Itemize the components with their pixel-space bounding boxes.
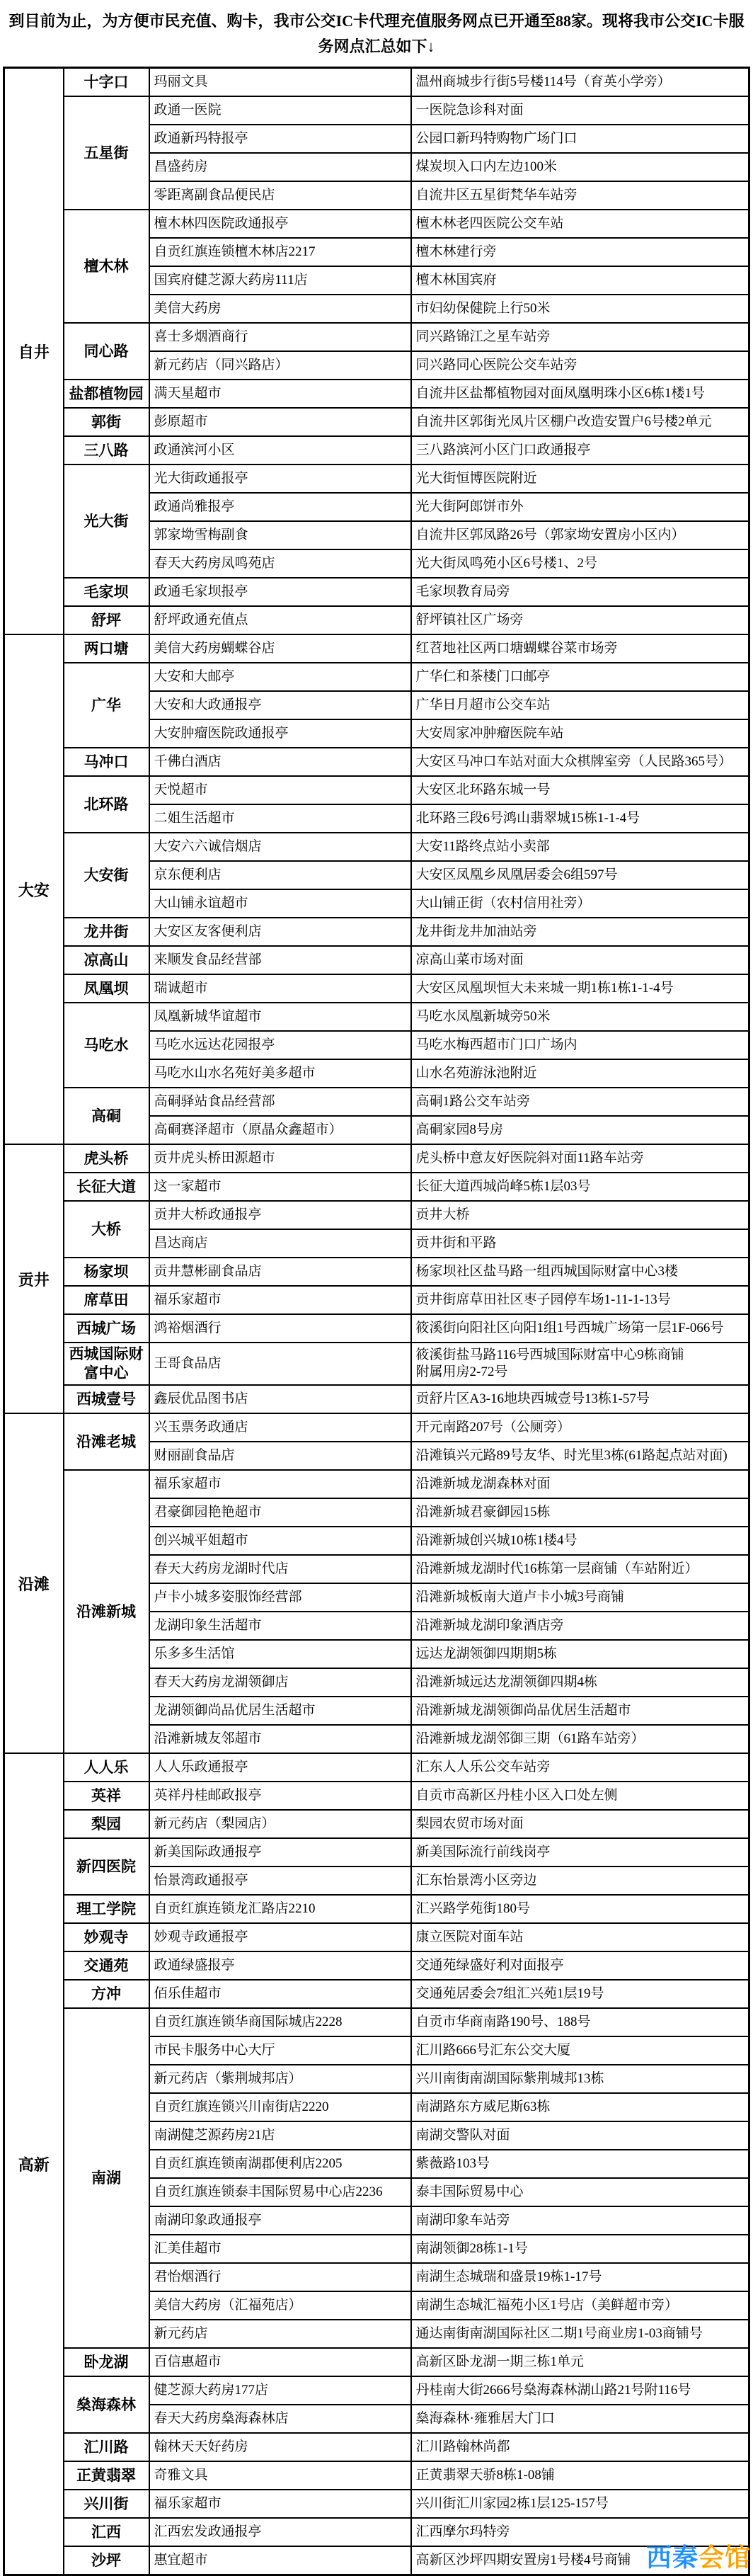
- address-cell: 马吃水梅西超市门口广场内: [411, 1031, 749, 1059]
- area-cell: 舒坪: [64, 606, 149, 634]
- shop-cell: 怡景湾政通报亭: [149, 1867, 411, 1895]
- shop-cell: 春天大药房燊海森林店: [149, 2405, 411, 2433]
- table-row: 西城国际财富中心王哥食品店筱溪街盐马路116号西城国际财富中心9栋商铺 附属用房…: [4, 1343, 749, 1385]
- address-cell: 一医院急诊科对面: [411, 96, 749, 125]
- address-cell: 光大街凤鸣苑小区6号楼1、2号: [411, 549, 749, 578]
- shop-cell: 翰林天天好药房: [149, 2433, 411, 2461]
- address-cell: 高硐家园8号房: [411, 1116, 749, 1144]
- area-cell: 新四医院: [64, 1838, 149, 1895]
- area-cell: 大桥: [64, 1201, 149, 1258]
- table-row: 沿滩新城福乐家超市沿滩新城龙湖森林对面: [4, 1470, 749, 1498]
- table-row: 自井十字口玛丽文具温州商城步行街5号楼114号（育英小学旁）: [4, 68, 749, 97]
- shop-cell: 自贡红旗连锁檀木林店2217: [149, 238, 411, 266]
- area-cell: 马吃水: [64, 1003, 149, 1088]
- shop-cell: 彭原超市: [149, 408, 411, 436]
- table-row: 五星街政通一医院一医院急诊科对面: [4, 96, 749, 125]
- district-cell: 沿滩: [4, 1413, 64, 1753]
- address-cell: 南湖生态城汇福苑小区1号店（美鲜超市旁）: [411, 2291, 749, 2320]
- table-row: 马冲口千佛白酒店大安区马冲口车站对面大众棋牌室旁（人民路365号）: [4, 748, 749, 776]
- address-cell: 汇西摩尔玛特旁: [411, 2518, 749, 2546]
- shop-cell: 京东便利店: [149, 861, 411, 889]
- watermark-blue-text: 西秦: [646, 2543, 699, 2572]
- shop-cell: 高硐驿站食品经营部: [149, 1088, 411, 1116]
- shop-cell: 昌达商店: [149, 1229, 411, 1258]
- area-cell: 西城壹号: [64, 1385, 149, 1413]
- address-cell: 凉高山菜市场对面: [411, 946, 749, 974]
- table-row: 大桥贡井大桥政通报亭贡井大桥: [4, 1201, 749, 1229]
- address-cell: 檀木林老四医院公交车站: [411, 210, 749, 238]
- area-cell: 南湖: [64, 2008, 149, 2348]
- address-cell: 远达龙湖领御四期期5栋: [411, 1640, 749, 1668]
- address-cell: 燊海森林·雍雅居大门口: [411, 2405, 749, 2433]
- address-cell: 沿滩新城龙湖邻御三期（61路车站旁）: [411, 1725, 749, 1753]
- area-cell: 虎头桥: [64, 1144, 149, 1173]
- table-row: 燊海森林健芝源大药房177店丹桂南大街2666号燊海森林湖山路21号附116号: [4, 2376, 749, 2405]
- area-cell: 燊海森林: [64, 2376, 149, 2433]
- address-cell: 长征大道西城尚峰5栋1层03号: [411, 1173, 749, 1201]
- address-cell: 马吃水凤凰新城旁50米: [411, 1003, 749, 1031]
- shop-cell: 高硐赛泽超市（原晶众鑫超市）: [149, 1116, 411, 1144]
- area-cell: 理工学院: [64, 1895, 149, 1923]
- table-row: 高新人人乐人人乐政通报亭汇东人人乐公交车站旁: [4, 1753, 749, 1782]
- shop-cell: 乐多多生活馆: [149, 1640, 411, 1668]
- address-cell: 三八路滨河小区门口政通报亭: [411, 436, 749, 465]
- area-cell: 沿滩老城: [64, 1413, 149, 1470]
- address-cell: 舒坪镇社区广场旁: [411, 606, 749, 634]
- address-cell: 兴川街汇川家园2栋1层125-157号: [411, 2490, 749, 2518]
- shop-cell: 贡井虎头桥田源超市: [149, 1144, 411, 1173]
- address-cell: 南湖领御28栋1-1号: [411, 2235, 749, 2263]
- table-row: 马吃水凤凰新城华谊超市马吃水凤凰新城旁50米: [4, 1003, 749, 1031]
- shop-cell: 王哥食品店: [149, 1343, 411, 1385]
- area-cell: 正黄翡翠: [64, 2461, 149, 2490]
- table-row: 贡井虎头桥贡井虎头桥田源超市虎头桥中意友好医院斜对面11路车站旁: [4, 1144, 749, 1173]
- address-cell: 毛家坝教育局旁: [411, 578, 749, 606]
- shop-cell: 大安区友客便利店: [149, 918, 411, 946]
- shop-cell: 健芝源大药房177店: [149, 2376, 411, 2405]
- area-cell: 英祥: [64, 1782, 149, 1810]
- table-row: 郭街彭原超市自流井区郭街光凤片区棚户改造安置户6号楼2单元: [4, 408, 749, 436]
- address-cell: 大安区凤凰乡凤凰居委会6组597号: [411, 861, 749, 889]
- address-cell: 沿滩新城君豪御园15栋: [411, 1498, 749, 1527]
- area-cell: 西城广场: [64, 1314, 149, 1343]
- address-cell: 沿滩新城板南大道卢卡小城3号商铺: [411, 1583, 749, 1612]
- area-cell: 毛家坝: [64, 578, 149, 606]
- shop-cell: 自贡红旗连锁龙汇路店2210: [149, 1895, 411, 1923]
- address-cell: 沿滩新城龙湖时代16栋第一层商铺（车站附近）: [411, 1555, 749, 1583]
- area-cell: 高硐: [64, 1088, 149, 1144]
- shop-cell: 百信惠超市: [149, 2348, 411, 2376]
- address-cell: 筱溪街向阳社区向阳1组1号西城广场第一层1F-066号: [411, 1314, 749, 1343]
- address-cell: 汇东怡景湾小区旁边: [411, 1867, 749, 1895]
- address-cell: 南湖交警队对面: [411, 2121, 749, 2150]
- address-cell: 贡井大桥: [411, 1201, 749, 1229]
- shop-cell: 南湖健芝源药房21店: [149, 2121, 411, 2150]
- address-cell: 自流井区五星街梵华车站旁: [411, 181, 749, 210]
- article-page: 到目前为止，为方便市民充值、购卡，我市公交IC卡代理充值服务网点已开通至88家。…: [0, 0, 753, 2576]
- table-row: 高硐高硐驿站食品经营部高硐1路公交车站旁: [4, 1088, 749, 1116]
- address-cell: 南湖生态城瑞和盛景19栋1-17号: [411, 2263, 749, 2291]
- area-cell: 郭街: [64, 408, 149, 436]
- shop-cell: 美信大药房: [149, 295, 411, 323]
- area-cell: 方冲: [64, 1980, 149, 2008]
- address-cell: 同兴路锦江之星车站旁: [411, 323, 749, 351]
- shop-cell: 二姐生活超市: [149, 804, 411, 833]
- address-cell: 新美国际流行前线岗亭: [411, 1838, 749, 1867]
- shop-cell: 福乐家超市: [149, 2490, 411, 2518]
- shop-cell: 郭家坳雪梅副食: [149, 521, 411, 549]
- address-cell: 高新区卧龙湖一期三栋1单元: [411, 2348, 749, 2376]
- district-cell: 自井: [4, 68, 64, 635]
- area-cell: 西城国际财富中心: [64, 1343, 149, 1385]
- address-cell: 广华仁和茶楼门口邮亭: [411, 663, 749, 691]
- shop-cell: 千佛白酒店: [149, 748, 411, 776]
- address-cell: 市妇幼保健院上行50米: [411, 295, 749, 323]
- address-cell: 汇兴路学苑街180号: [411, 1895, 749, 1923]
- address-cell: 贡井街席草田社区枣子园停车场1-11-1-13号: [411, 1286, 749, 1314]
- shop-cell: 新美国际政通报亭: [149, 1838, 411, 1867]
- shop-cell: 财丽副食品店: [149, 1442, 411, 1470]
- table-row: 兴川街福乐家超市兴川街汇川家园2栋1层125-157号: [4, 2490, 749, 2518]
- shop-cell: 奇雅文具: [149, 2461, 411, 2490]
- area-cell: 同心路: [64, 323, 149, 380]
- area-cell: 沙坪: [64, 2546, 149, 2575]
- shop-cell: 妙观寺政通报亭: [149, 1923, 411, 1951]
- area-cell: 两口塘: [64, 634, 149, 663]
- area-cell: 杨家坝: [64, 1258, 149, 1286]
- shop-cell: 君怡烟酒行: [149, 2263, 411, 2291]
- address-cell: 沿滩新城创兴城10栋1楼4号: [411, 1527, 749, 1555]
- address-cell: 兴川南街南湖国际紫荆城邦13栋: [411, 2065, 749, 2093]
- address-cell: 光大街阿郎饼市外: [411, 493, 749, 521]
- shop-cell: 惠宜超市: [149, 2546, 411, 2575]
- address-cell: 沿滩镇兴元路89号友华、时光里3栋(61路起点站对面): [411, 1442, 749, 1470]
- shop-cell: 大安肿瘤医院政通报亭: [149, 719, 411, 748]
- shop-cell: 英祥丹桂邮政报亭: [149, 1782, 411, 1810]
- shop-cell: 自贡红旗连锁南湖郡便利店2205: [149, 2150, 411, 2178]
- address-cell: 沿滩新城龙湖印象酒店旁: [411, 1612, 749, 1640]
- shop-cell: 龙湖领御尚品优居生活超市: [149, 1697, 411, 1725]
- address-cell: 南湖印象车站旁: [411, 2206, 749, 2235]
- shop-cell: 新元药店（同兴路店）: [149, 351, 411, 380]
- address-cell: 自流井区郭凤路26号（郭家坳安置房小区内）: [411, 521, 749, 549]
- address-cell: 大山铺正街（农村信用社旁）: [411, 889, 749, 918]
- shop-cell: 鸿裕烟酒行: [149, 1314, 411, 1343]
- address-cell: 汇川路666号汇东公交大厦: [411, 2036, 749, 2065]
- shop-cell: 天悦超市: [149, 776, 411, 804]
- table-row: 沿滩沿滩老城兴玉票务政通店开元南路207号（公厕旁）: [4, 1413, 749, 1442]
- address-cell: 北环路三段6号鸿山翡翠城15栋1-1-4号: [411, 804, 749, 833]
- table-row: 方冲佰乐佳超市交通苑居委会7组汇兴苑1层19号: [4, 1980, 749, 2008]
- shop-cell: 市民卡服务中心大厅: [149, 2036, 411, 2065]
- address-cell: 温州商城步行街5号楼114号（育英小学旁）: [411, 68, 749, 97]
- address-cell: 自贡市华商南路190号、188号: [411, 2008, 749, 2036]
- table-row: 长征大道这一家超市长征大道西城尚峰5栋1层03号: [4, 1173, 749, 1201]
- address-cell: 通达南街南湖国际社区二期1号商业房1-03商铺号: [411, 2320, 749, 2348]
- address-cell: 煤炭坝入口内左边100米: [411, 153, 749, 181]
- address-cell: 大安区北环路东城一号: [411, 776, 749, 804]
- shop-cell: 创兴城平姐超市: [149, 1527, 411, 1555]
- area-cell: 十字口: [64, 68, 149, 97]
- shop-cell: 贡井大桥政通报亭: [149, 1201, 411, 1229]
- shop-cell: 政通绿盛报亭: [149, 1951, 411, 1980]
- address-cell: 公园口新玛特购物广场门口: [411, 125, 749, 153]
- area-cell: 光大街: [64, 465, 149, 578]
- address-cell: 筱溪街盐马路116号西城国际财富中心9栋商铺 附属用房2-72号: [411, 1343, 749, 1385]
- area-cell: 三八路: [64, 436, 149, 465]
- area-cell: 沿滩新城: [64, 1470, 149, 1753]
- area-cell: 兴川街: [64, 2490, 149, 2518]
- area-cell: 盐都植物园: [64, 380, 149, 408]
- table-row: 毛家坝政通毛家坝报亭毛家坝教育局旁: [4, 578, 749, 606]
- area-cell: 汇川路: [64, 2433, 149, 2461]
- shop-cell: 马吃水远达花园报亭: [149, 1031, 411, 1059]
- table-row: 新四医院新美国际政通报亭新美国际流行前线岗亭: [4, 1838, 749, 1867]
- shop-cell: 昌盛药房: [149, 153, 411, 181]
- outlet-table-body: 自井十字口玛丽文具温州商城步行街5号楼114号（育英小学旁）五星街政通一医院一医…: [4, 68, 749, 2575]
- table-row: 舒坪舒坪政通充值点舒坪镇社区广场旁: [4, 606, 749, 634]
- shop-cell: 汇美佳超市: [149, 2235, 411, 2263]
- shop-cell: 美信大药房（汇福苑店）: [149, 2291, 411, 2320]
- address-cell: 自贡市高新区丹桂小区入口处左侧: [411, 1782, 749, 1810]
- area-cell: 妙观寺: [64, 1923, 149, 1951]
- address-cell: 紫薇路103号: [411, 2150, 749, 2178]
- table-row: 南湖自贡红旗连锁华商国际城店2228自贡市华商南路190号、188号: [4, 2008, 749, 2036]
- table-row: 理工学院自贡红旗连锁龙汇路店2210汇兴路学苑街180号: [4, 1895, 749, 1923]
- area-cell: 席草田: [64, 1286, 149, 1314]
- address-cell: 汇川路翰林尚都: [411, 2433, 749, 2461]
- shop-cell: 自贡红旗连锁兴川南街店2220: [149, 2093, 411, 2121]
- shop-cell: 君豪御园艳艳超市: [149, 1498, 411, 1527]
- address-cell: 虎头桥中意友好医院斜对面11路车站旁: [411, 1144, 749, 1173]
- shop-cell: 政通滨河小区: [149, 436, 411, 465]
- address-cell: 交通苑绿盛好利对面报亭: [411, 1951, 749, 1980]
- table-row: 大安两口塘美信大药房蝴蝶谷店红苕地社区两口塘蝴蝶谷菜市场旁: [4, 634, 749, 663]
- shop-cell: 汇西宏发政通报亭: [149, 2518, 411, 2546]
- address-cell: 汇东人人乐公交车站旁: [411, 1753, 749, 1782]
- shop-cell: 自贡红旗连锁泰丰国际贸易中心店2236: [149, 2178, 411, 2206]
- table-row: 光大街光大街政通报亭光大街恒博医院附近: [4, 465, 749, 493]
- shop-cell: 新元药店（紫荆城邦店）: [149, 2065, 411, 2093]
- shop-cell: 来顺发食品经营部: [149, 946, 411, 974]
- shop-cell: 鑫辰优品图书店: [149, 1385, 411, 1413]
- area-cell: 凤凰坝: [64, 974, 149, 1003]
- shop-cell: 零距离副食品便民店: [149, 181, 411, 210]
- address-cell: 檀木林国宾府: [411, 266, 749, 295]
- address-cell: 自流井区郭街光凤片区棚户改造安置户6号楼2单元: [411, 408, 749, 436]
- address-cell: 龙井街龙井加油站旁: [411, 918, 749, 946]
- shop-cell: 兴玉票务政通店: [149, 1413, 411, 1442]
- table-row: 交通苑政通绿盛报亭交通苑绿盛好利对面报亭: [4, 1951, 749, 1980]
- address-cell: 康立医院对面车站: [411, 1923, 749, 1951]
- area-cell: 马冲口: [64, 748, 149, 776]
- address-cell: 开元南路207号（公厕旁）: [411, 1413, 749, 1442]
- shop-cell: 美信大药房蝴蝶谷店: [149, 634, 411, 663]
- shop-cell: 国宾府健芝源大药房111店: [149, 266, 411, 295]
- district-cell: 高新: [4, 1753, 64, 2575]
- shop-cell: 南湖印象政通报亭: [149, 2206, 411, 2235]
- shop-cell: 人人乐政通报亭: [149, 1753, 411, 1782]
- address-cell: 沿滩新城龙湖领御尚品优居生活超市: [411, 1697, 749, 1725]
- district-cell: 大安: [4, 634, 64, 1144]
- shop-cell: 大安和大邮亭: [149, 663, 411, 691]
- shop-cell: 大山铺永谊超市: [149, 889, 411, 918]
- area-cell: 广华: [64, 663, 149, 748]
- table-row: 妙观寺妙观寺政通报亭康立医院对面车站: [4, 1923, 749, 1951]
- table-row: 英祥英祥丹桂邮政报亭自贡市高新区丹桂小区入口处左侧: [4, 1782, 749, 1810]
- shop-cell: 佰乐佳超市: [149, 1980, 411, 2008]
- area-cell: 卧龙湖: [64, 2348, 149, 2376]
- address-cell: 泰丰国际贸易中心: [411, 2178, 749, 2206]
- shop-cell: 马吃水山水名苑好美多超市: [149, 1059, 411, 1088]
- area-cell: 交通苑: [64, 1951, 149, 1980]
- shop-cell: 政通一医院: [149, 96, 411, 125]
- area-cell: 大安街: [64, 833, 149, 918]
- table-row: 席草田福乐家超市贡井街席草田社区枣子园停车场1-11-1-13号: [4, 1286, 749, 1314]
- area-cell: 长征大道: [64, 1173, 149, 1201]
- table-row: 凉高山来顺发食品经营部凉高山菜市场对面: [4, 946, 749, 974]
- shop-cell: 福乐家超市: [149, 1470, 411, 1498]
- table-row: 盐都植物园满天星超市自流井区盐都植物园对面凤凰明珠小区6栋1楼1号: [4, 380, 749, 408]
- area-cell: 汇西: [64, 2518, 149, 2546]
- shop-cell: 大安和大政通报亭: [149, 691, 411, 719]
- shop-cell: 新元药店: [149, 2320, 411, 2348]
- shop-cell: 这一家超市: [149, 1173, 411, 1201]
- shop-cell: 福乐家超市: [149, 1286, 411, 1314]
- table-row: 西城广场鸿裕烟酒行筱溪街向阳社区向阳1组1号西城广场第一层1F-066号: [4, 1314, 749, 1343]
- table-row: 三八路政通滨河小区三八路滨河小区门口政通报亭: [4, 436, 749, 465]
- address-cell: 沿滩新城远达龙湖领御四期4栋: [411, 1668, 749, 1697]
- address-cell: 红苕地社区两口塘蝴蝶谷菜市场旁: [411, 634, 749, 663]
- address-cell: 丹桂南大街2666号燊海森林湖山路21号附116号: [411, 2376, 749, 2405]
- area-cell: 人人乐: [64, 1753, 149, 1782]
- address-cell: 山水名苑游泳池附近: [411, 1059, 749, 1088]
- district-cell: 贡井: [4, 1144, 64, 1413]
- table-row: 杨家坝贡井慧彬副食品店杨家坝社区盐马路一组西城国际财富中心3楼: [4, 1258, 749, 1286]
- area-cell: 檀木林: [64, 210, 149, 323]
- shop-cell: 政通尚雅报亭: [149, 493, 411, 521]
- table-row: 汇川路翰林天天好药房汇川路翰林尚都: [4, 2433, 749, 2461]
- watermark: 西秦会馆: [646, 2545, 751, 2570]
- address-cell: 自流井区盐都植物园对面凤凰明珠小区6栋1楼1号: [411, 380, 749, 408]
- table-row: 凤凰坝瑞诚超市大安区凤凰坝恒大未来城一期1栋1栋1-1-4号: [4, 974, 749, 1003]
- shop-cell: 政通毛家坝报亭: [149, 578, 411, 606]
- watermark-orange-text: 会馆: [699, 2543, 751, 2572]
- shop-cell: 凤凰新城华谊超市: [149, 1003, 411, 1031]
- table-row: 北环路天悦超市大安区北环路东城一号: [4, 776, 749, 804]
- area-cell: 五星街: [64, 96, 149, 210]
- address-cell: 贡井街和平路: [411, 1229, 749, 1258]
- address-cell: 梨园农贸市场对面: [411, 1810, 749, 1838]
- address-cell: 檀木林建行旁: [411, 238, 749, 266]
- shop-cell: 光大街政通报亭: [149, 465, 411, 493]
- shop-cell: 贡井慧彬副食品店: [149, 1258, 411, 1286]
- shop-cell: 自贡红旗连锁华商国际城店2228: [149, 2008, 411, 2036]
- shop-cell: 沿滩新城友邻超市: [149, 1725, 411, 1753]
- shop-cell: 新元药店（梨园店）: [149, 1810, 411, 1838]
- address-cell: 大安区凤凰坝恒大未来城一期1栋1栋1-1-4号: [411, 974, 749, 1003]
- address-cell: 交通苑居委会7组汇兴苑1层19号: [411, 1980, 749, 2008]
- address-cell: 南湖路东方威尼斯63栋: [411, 2093, 749, 2121]
- table-row: 卧龙湖百信惠超市高新区卧龙湖一期三栋1单元: [4, 2348, 749, 2376]
- address-cell: 贡舒片区A3-16地块西城壹号13栋1-57号: [411, 1385, 749, 1413]
- shop-cell: 檀木林四医院政通报亭: [149, 210, 411, 238]
- outlet-table: 自井十字口玛丽文具温州商城步行街5号楼114号（育英小学旁）五星街政通一医院一医…: [3, 67, 750, 2576]
- shop-cell: 卢卡小城多姿服饰经营部: [149, 1583, 411, 1612]
- table-row: 大安街大安六六诚信烟店大安11路终点站小卖部: [4, 833, 749, 861]
- table-row: 汇西汇西宏发政通报亭汇西摩尔玛特旁: [4, 2518, 749, 2546]
- table-row: 龙井街大安区友客便利店龙井街龙井加油站旁: [4, 918, 749, 946]
- table-row: 正黄翡翠奇雅文具正黄翡翠天骄8栋1-08铺: [4, 2461, 749, 2490]
- address-cell: 光大街恒博医院附近: [411, 465, 749, 493]
- area-cell: 梨园: [64, 1810, 149, 1838]
- address-cell: 大安周家冲肿瘤医院车站: [411, 719, 749, 748]
- address-cell: 沿滩新城龙湖森林对面: [411, 1470, 749, 1498]
- address-cell: 正黄翡翠天骄8栋1-08铺: [411, 2461, 749, 2490]
- shop-cell: 舒坪政通充值点: [149, 606, 411, 634]
- address-cell: 广华日月超市公交车站: [411, 691, 749, 719]
- shop-cell: 大安六六诚信烟店: [149, 833, 411, 861]
- address-cell: 杨家坝社区盐马路一组西城国际财富中心3楼: [411, 1258, 749, 1286]
- table-row: 梨园新元药店（梨园店）梨园农贸市场对面: [4, 1810, 749, 1838]
- address-cell: 大安区马冲口车站对面大众棋牌室旁（人民路365号）: [411, 748, 749, 776]
- area-cell: 北环路: [64, 776, 149, 833]
- address-cell: 大安11路终点站小卖部: [411, 833, 749, 861]
- area-cell: 龙井街: [64, 918, 149, 946]
- shop-cell: 满天星超市: [149, 380, 411, 408]
- shop-cell: 春天大药房龙湖时代店: [149, 1555, 411, 1583]
- shop-cell: 龙湖印象生活超市: [149, 1612, 411, 1640]
- shop-cell: 喜士多烟酒商行: [149, 323, 411, 351]
- table-row: 西城壹号鑫辰优品图书店贡舒片区A3-16地块西城壹号13栋1-57号: [4, 1385, 749, 1413]
- shop-cell: 春天大药房龙湖领御店: [149, 1668, 411, 1697]
- area-cell: 凉高山: [64, 946, 149, 974]
- shop-cell: 玛丽文具: [149, 68, 411, 97]
- table-row: 同心路喜士多烟酒商行同兴路锦江之星车站旁: [4, 323, 749, 351]
- table-row: 沙坪惠宜超市高新区沙坪四期安置房1号楼4号商铺: [4, 2546, 749, 2575]
- shop-cell: 瑞诚超市: [149, 974, 411, 1003]
- notice-paragraph: 到目前为止，为方便市民充值、购卡，我市公交IC卡代理充值服务网点已开通至88家。…: [1, 0, 752, 67]
- table-row: 广华大安和大邮亭广华仁和茶楼门口邮亭: [4, 663, 749, 691]
- shop-cell: 春天大药房凤鸣苑店: [149, 549, 411, 578]
- shop-cell: 政通新玛特报亭: [149, 125, 411, 153]
- address-cell: 高硐1路公交车站旁: [411, 1088, 749, 1116]
- address-cell: 同兴路同心医院公交车站旁: [411, 351, 749, 380]
- table-row: 檀木林檀木林四医院政通报亭檀木林老四医院公交车站: [4, 210, 749, 238]
